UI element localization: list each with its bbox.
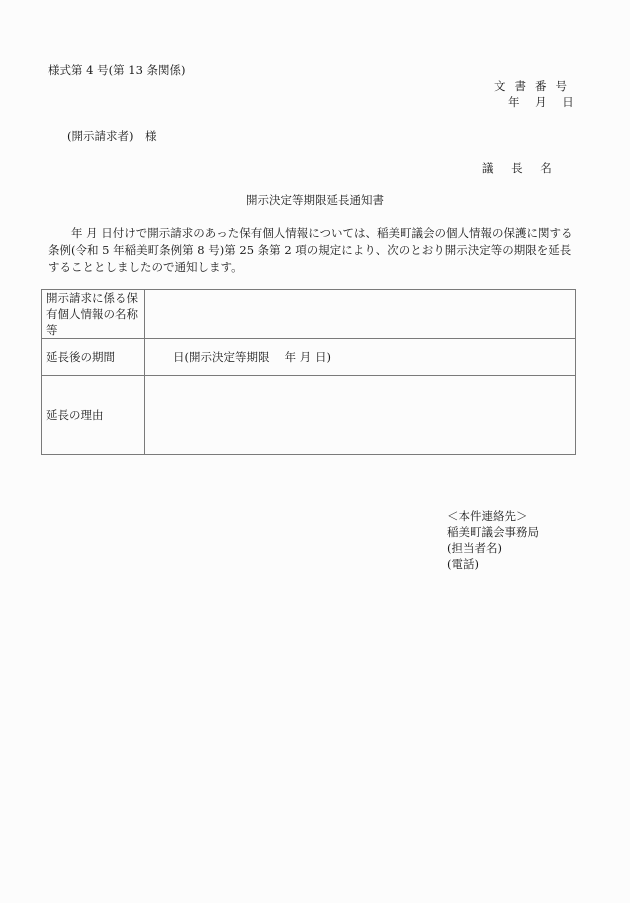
table-row-reason: 延長の理由	[42, 376, 576, 455]
body-paragraph: 年 月 日付けで開示請求のあった保有個人情報については、稲美町議会の個人情報の保…	[48, 225, 580, 276]
period-value: 日(開示決定等期限 年 月 日)	[145, 339, 576, 376]
contact-heading: ＜本件連絡先＞	[447, 508, 539, 524]
info-name-label: 開示請求に係る保有個人情報の名称等	[42, 290, 145, 339]
document-title: 開示決定等期限延長通知書	[0, 195, 630, 207]
document-number: 文書番号	[494, 81, 576, 93]
contact-block: ＜本件連絡先＞ 稲美町議会事務局 (担当者名) (電話)	[447, 508, 539, 572]
contact-office: 稲美町議会事務局	[447, 524, 539, 540]
table-row-info-name: 開示請求に係る保有個人情報の名称等	[42, 290, 576, 339]
table-row-period: 延長後の期間 日(開示決定等期限 年 月 日)	[42, 339, 576, 376]
form-number: 様式第 4 号(第 13 条関係)	[48, 65, 186, 77]
sender-name: 議 長 名	[482, 163, 552, 175]
reason-label: 延長の理由	[42, 376, 145, 455]
details-table: 開示請求に係る保有個人情報の名称等 延長後の期間 日(開示決定等期限 年 月 日…	[41, 289, 576, 455]
body-text: 年 月 日付けで開示請求のあった保有個人情報については、稲美町議会の個人情報の保…	[48, 225, 580, 276]
period-label: 延長後の期間	[42, 339, 145, 376]
reason-value	[145, 376, 576, 455]
recipient: (開示請求者) 様	[67, 131, 156, 143]
info-name-value	[145, 290, 576, 339]
contact-phone: (電話)	[447, 556, 539, 572]
contact-person: (担当者名)	[447, 540, 539, 556]
document-date: 年 月 日	[508, 97, 574, 109]
